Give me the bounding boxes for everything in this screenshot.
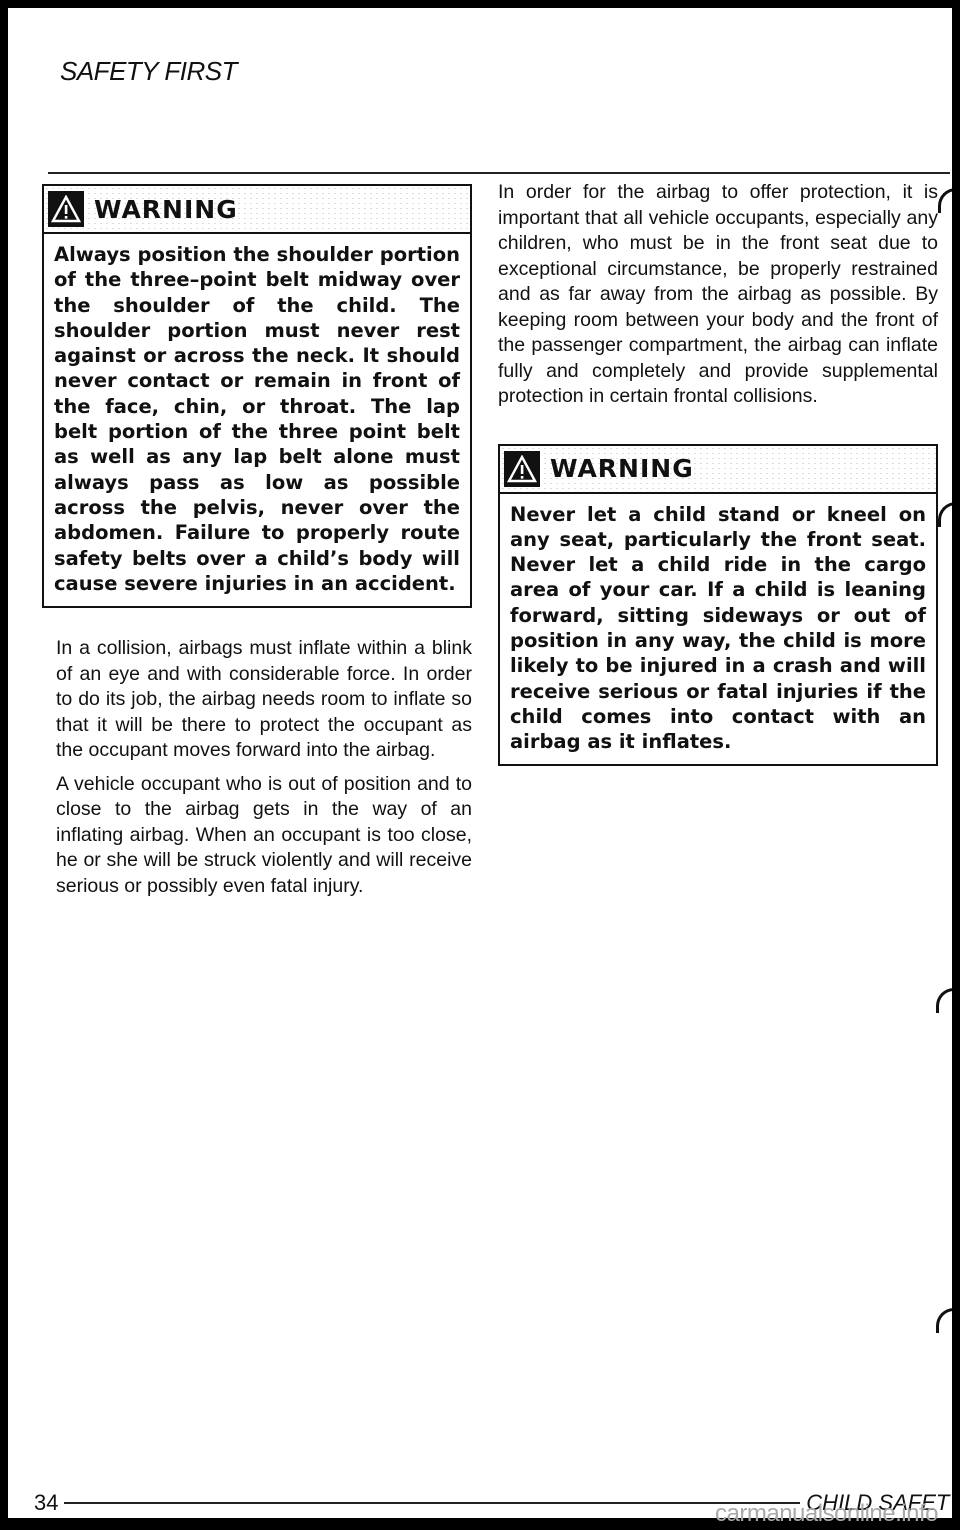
warning-header: WARNING xyxy=(44,186,470,234)
paragraph: A vehicle occupant who is out of positio… xyxy=(56,772,472,900)
manual-page: SAFETY FIRST WARNING Always position the… xyxy=(8,8,952,1518)
page-header-title: SAFETY FIRST xyxy=(60,56,237,87)
footer-divider xyxy=(64,1502,800,1504)
warning-label: WARNING xyxy=(550,454,694,483)
warning-triangle-icon xyxy=(48,191,84,227)
scan-border xyxy=(952,0,960,1530)
paragraph: In a collision, airbags must inflate wit… xyxy=(56,636,472,764)
warning-header: WARNING xyxy=(500,446,936,494)
warning-label: WARNING xyxy=(94,195,238,224)
left-body: In a collision, airbags must inflate wit… xyxy=(42,636,472,899)
warning-box-seat: WARNING Never let a child stand or kneel… xyxy=(498,444,938,767)
warning-text: Never let a child stand or kneel on any … xyxy=(500,494,936,765)
paragraph: In order for the airbag to offer protect… xyxy=(498,180,938,410)
watermark: carmanualsonline.info xyxy=(715,1500,938,1528)
warning-triangle-icon xyxy=(504,451,540,487)
page-number: 34 xyxy=(34,1490,58,1516)
left-column: WARNING Always position the shoulder por… xyxy=(42,184,472,907)
right-column: In order for the airbag to offer protect… xyxy=(498,180,938,766)
header-divider xyxy=(48,172,950,174)
warning-text: Always position the shoulder portion of … xyxy=(44,234,470,606)
warning-box-belt: WARNING Always position the shoulder por… xyxy=(42,184,472,608)
